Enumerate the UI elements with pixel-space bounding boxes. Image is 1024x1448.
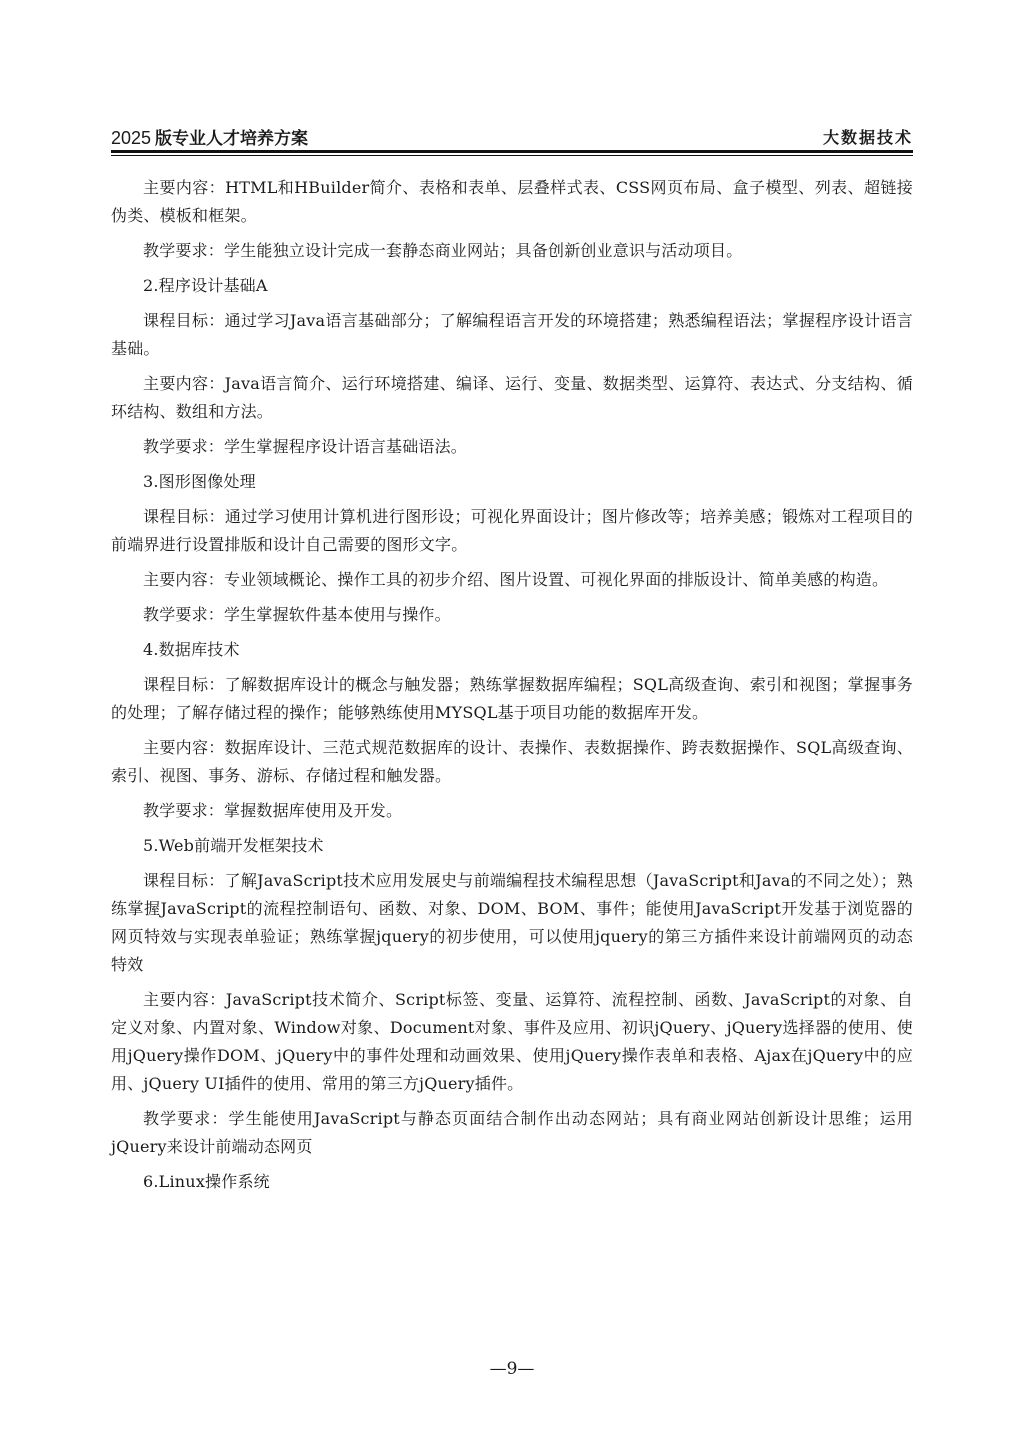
paragraph: 教学要求：学生掌握程序设计语言基础语法。 — [111, 433, 913, 461]
paragraph: 主要内容：Java语言简介、运行环境搭建、编译、运行、变量、数据类型、运算符、表… — [111, 370, 913, 426]
header-major-title: 大数据技术 — [823, 126, 913, 150]
paragraph: 教学要求：学生能独立设计完成一套静态商业网站；具备创新创业意识与活动项目。 — [111, 237, 913, 265]
header-divider — [111, 150, 913, 156]
section-heading: 6.Linux操作系统 — [111, 1168, 913, 1196]
section-heading: 5.Web前端开发框架技术 — [111, 832, 913, 860]
paragraph: 主要内容：HTML和HBuilder简介、表格和表单、层叠样式表、CSS网页布局… — [111, 174, 913, 230]
header-divider-thin — [111, 155, 913, 156]
header-divider-thick — [111, 150, 913, 153]
header-left-title: 版专业人才培养方案 — [155, 129, 308, 149]
paragraph: 课程目标：通过学习使用计算机进行图形设；可视化界面设计；图片修改等；培养美感；锻… — [111, 503, 913, 559]
header-program-title: 2025版专业人才培养方案 — [111, 126, 308, 151]
section-heading: 4.数据库技术 — [111, 636, 913, 664]
header-year: 2025 — [111, 128, 151, 148]
paragraph: 主要内容：专业领域概论、操作工具的初步介绍、图片设置、可视化界面的排版设计、简单… — [111, 566, 913, 594]
paragraph: 教学要求：学生掌握软件基本使用与操作。 — [111, 601, 913, 629]
page-header: 2025版专业人才培养方案 大数据技术 — [111, 126, 913, 152]
paragraph: 主要内容：JavaScript技术简介、Script标签、变量、运算符、流程控制… — [111, 986, 913, 1098]
paragraph: 课程目标：了解数据库设计的概念与触发器；熟练掌握数据库编程；SQL高级查询、索引… — [111, 671, 913, 727]
paragraph: 教学要求：掌握数据库使用及开发。 — [111, 797, 913, 825]
paragraph: 主要内容：数据库设计、三范式规范数据库的设计、表操作、表数据操作、跨表数据操作、… — [111, 734, 913, 790]
paragraph: 教学要求：学生能使用JavaScript与静态页面结合制作出动态网站；具有商业网… — [111, 1105, 913, 1161]
paragraph: 课程目标：通过学习Java语言基础部分；了解编程语言开发的环境搭建；熟悉编程语法… — [111, 307, 913, 363]
paragraph: 课程目标：了解JavaScript技术应用发展史与前端编程技术编程思想（Java… — [111, 867, 913, 979]
page-number: —9— — [0, 1357, 1024, 1381]
section-heading: 2.程序设计基础A — [111, 272, 913, 300]
section-heading: 3.图形图像处理 — [111, 468, 913, 496]
document-body: 主要内容：HTML和HBuilder简介、表格和表单、层叠样式表、CSS网页布局… — [111, 174, 913, 1203]
